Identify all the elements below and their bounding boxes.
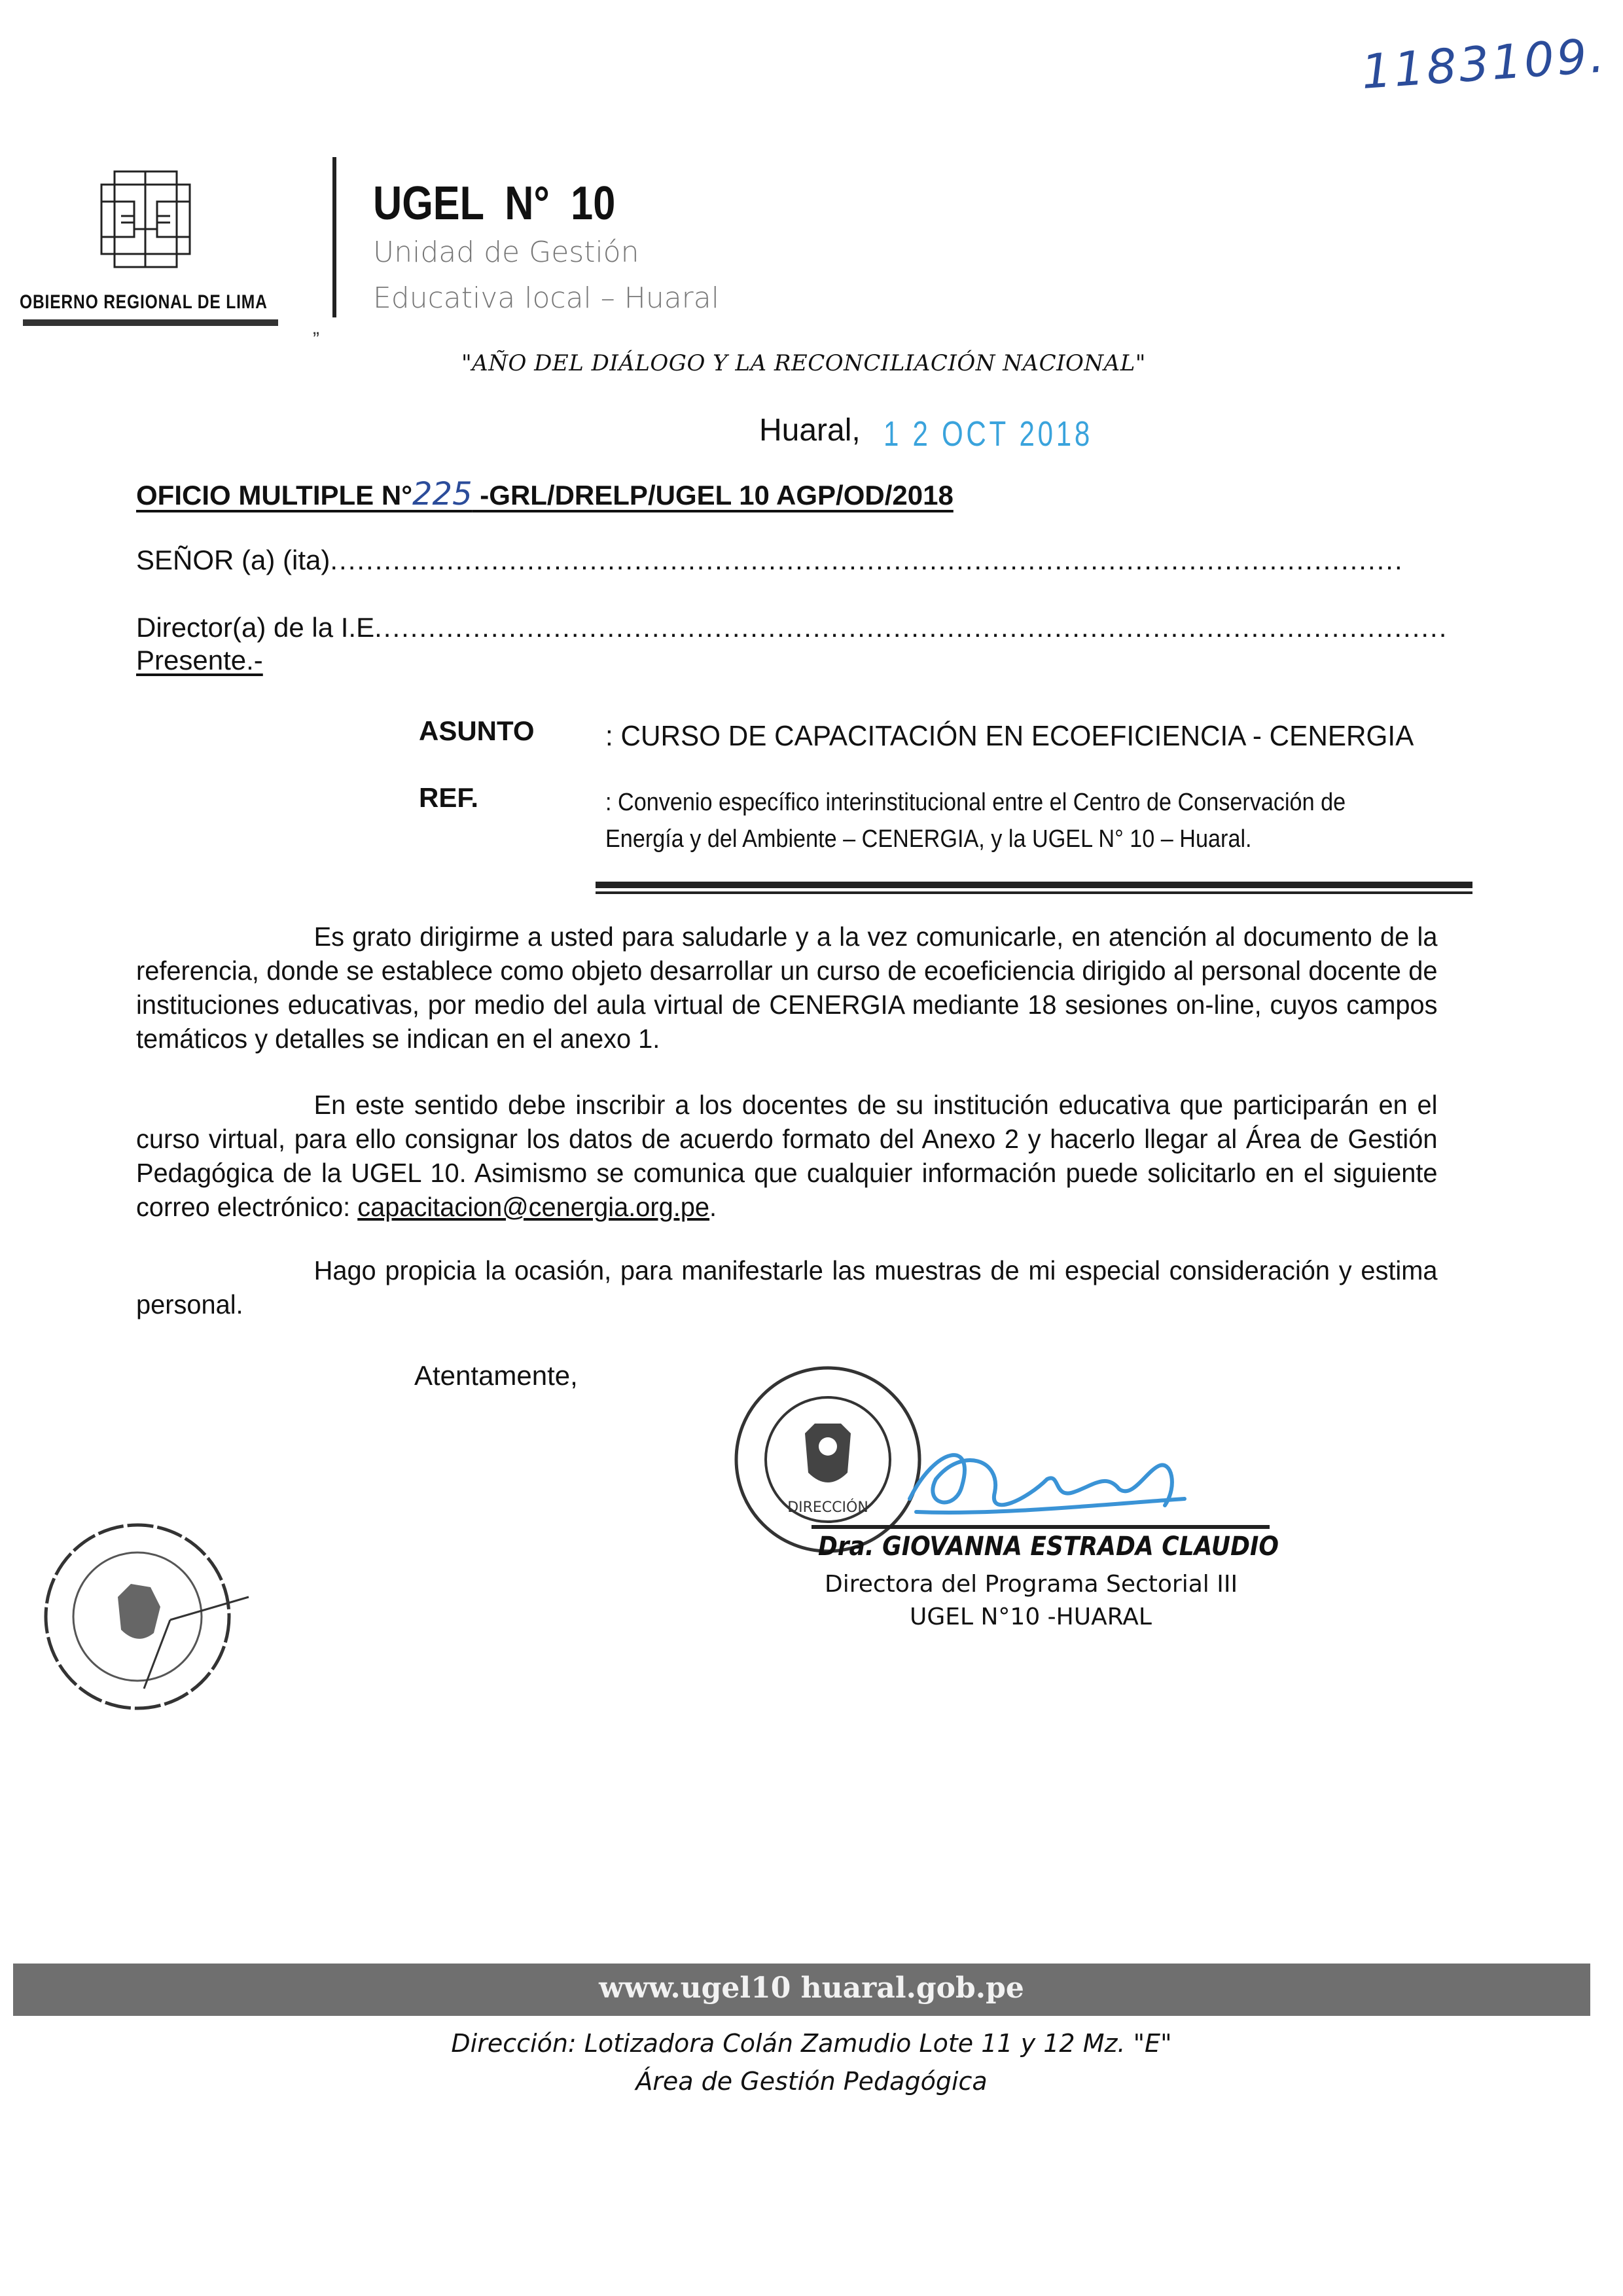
ref-label: REF. <box>419 782 478 814</box>
paragraph-2-text: En este sentido debe inscribir a los doc… <box>136 1090 1438 1222</box>
body-paragraph-3: Hago propicia la ocasión, para manifesta… <box>136 1253 1438 1321</box>
body-paragraph-1: Es grato dirigirme a usted para saludarl… <box>136 920 1438 1056</box>
org-subtitle-line1: Unidad de Gestión <box>373 236 639 269</box>
director-label: Director(a) de la I.E <box>136 612 374 643</box>
svg-text:DIRECCIÓN: DIRECCIÓN <box>787 1499 868 1516</box>
signer-title: Directora del Programa Sectorial III <box>825 1571 1238 1598</box>
addressee-director-field: Director(a) de la I.E...................… <box>136 612 1448 643</box>
closing-salutation: Atentamente, <box>414 1360 578 1391</box>
regional-government-caption: OBIERNO REGIONAL DE LIMA <box>20 291 268 314</box>
senor-label: SEÑOR (a) (ita) <box>136 545 330 575</box>
regional-government-logo-icon <box>95 170 196 268</box>
signature-line <box>811 1525 1270 1529</box>
year-motto: "AÑO DEL DIÁLOGO Y LA RECONCILIACIÓN NAC… <box>461 350 1146 376</box>
body-paragraph-2: En este sentido debe inscribir a los doc… <box>136 1088 1438 1224</box>
stray-mark: ” <box>313 329 319 351</box>
addressee-senor-field: SEÑOR (a) (ita).........................… <box>136 545 1404 576</box>
signature-icon <box>897 1433 1198 1525</box>
place: Huaral, <box>759 412 861 448</box>
fill-in-dots: ........................................… <box>374 612 1448 643</box>
separator-thick <box>596 882 1472 888</box>
presente-label: Presente.- <box>136 645 263 676</box>
ministry-seal-icon <box>39 1518 255 1715</box>
document-reference: OFICIO MULTIPLE N°225 -GRL/DRELP/UGEL 10… <box>136 476 954 512</box>
org-subtitle-line2: Educativa local – Huaral <box>373 281 719 315</box>
footer-area: Área de Gestión Pedagógica <box>0 2067 1623 2096</box>
caption-underline <box>23 319 278 326</box>
contact-email-link[interactable]: capacitacion@cenergia.org.pe <box>357 1192 709 1222</box>
asunto-label: ASUNTO <box>419 715 535 747</box>
reference-handwritten-number: 225 <box>412 476 473 512</box>
signer-name: Dra. GIOVANNA ESTRADA CLAUDIO <box>818 1532 1279 1562</box>
date-stamp: 1 2 OCT 2018 <box>883 414 1093 454</box>
signer-organization: UGEL N°10 -HUARAL <box>910 1604 1152 1630</box>
website-link[interactable]: www.ugel10 huaral.gob.pe <box>0 1971 1623 2005</box>
org-title: UGEL N° 10 <box>373 177 615 230</box>
header-divider <box>332 157 336 317</box>
reference-prefix: OFICIO MULTIPLE N° <box>136 480 412 511</box>
handwritten-document-number: 1183109. <box>1360 27 1609 99</box>
footer-address: Dirección: Lotizadora Colán Zamudio Lote… <box>0 2029 1623 2058</box>
ref-value: : Convenio específico interinstitucional… <box>605 784 1430 857</box>
fill-in-dots: ........................................… <box>330 545 1403 575</box>
asunto-value: : CURSO DE CAPACITACIÓN EN ECOEFICIENCIA… <box>605 720 1414 753</box>
reference-suffix: -GRL/DRELP/UGEL 10 AGP/OD/2018 <box>473 480 954 511</box>
separator-thin <box>596 891 1472 894</box>
paragraph-2-end: . <box>709 1192 717 1222</box>
